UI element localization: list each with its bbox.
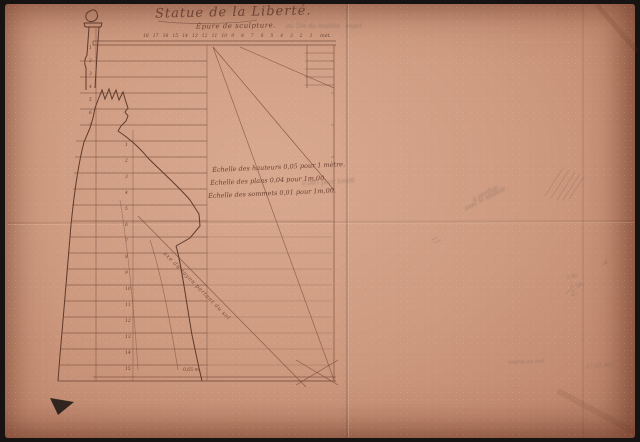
subtitle-pencil-note: au 10e du modèle exact — [286, 24, 362, 31]
ruler-unit-label: mèt. — [320, 34, 331, 40]
scanned-drawing-page: { "title_block": { "title": "Statue de l… — [0, 0, 640, 442]
drawing-subtitle: Épure de sculpture. — [196, 22, 276, 31]
aged-paper-sheet — [5, 4, 635, 438]
base-dimension-label: 0,65 m — [183, 369, 199, 374]
